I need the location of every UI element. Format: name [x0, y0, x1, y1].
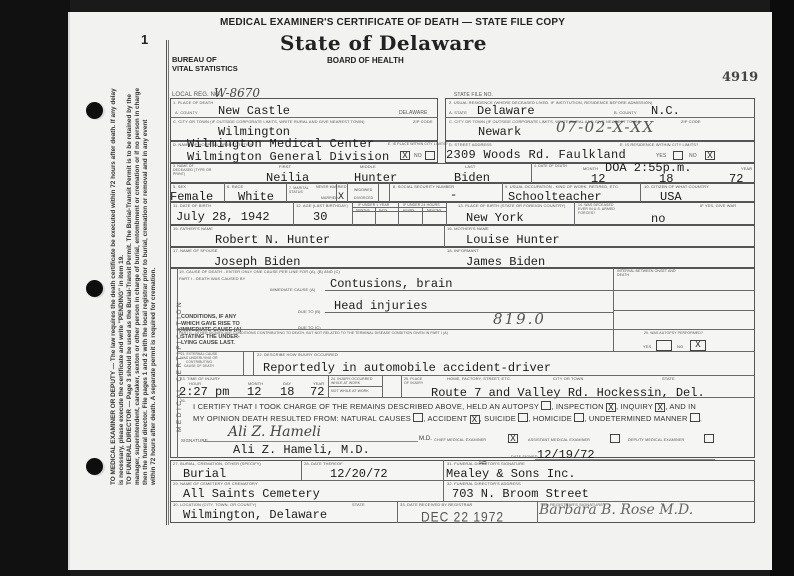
burial-date: 12/20/72	[330, 467, 388, 481]
death-within-city-no-checkbox[interactable]	[425, 151, 435, 160]
certify-statement: I CERTIFY THAT I TOOK CHARGE OF THE REMA…	[193, 400, 696, 411]
received-stamp: DEC 22 1972	[421, 509, 504, 525]
natural-causes-checkbox[interactable]	[413, 413, 423, 422]
residence-city: Newark	[478, 125, 521, 139]
immediate-cause: Contusions, brain	[330, 277, 452, 291]
inquiry-checkbox[interactable]: X	[655, 403, 665, 412]
punch-hole-icon	[86, 280, 103, 297]
informant-name: James Biden	[466, 255, 545, 269]
assistant-examiner-checkbox[interactable]	[610, 434, 620, 443]
funeral-home: Mealey & Sons Inc.	[446, 467, 576, 481]
hospital-division: Wilmington General Division	[187, 150, 390, 164]
cemetery: All Saints Cemetery	[183, 487, 320, 501]
homicide-checkbox[interactable]	[574, 413, 584, 422]
accident-checkbox[interactable]: X	[470, 415, 480, 424]
autopsy-yes-checkbox[interactable]	[656, 340, 672, 351]
death-county: New Castle	[218, 104, 290, 118]
state-file-number: 4919	[722, 70, 758, 85]
age: 30	[313, 210, 327, 224]
burial-location: Wilmington, Delaware	[183, 508, 327, 522]
residence-street: 2309 Woods Rd. Faulkland	[446, 148, 626, 162]
bureau-label: BUREAU OF VITAL STATISTICS	[172, 55, 238, 73]
date-of-birth: July 28, 1942	[176, 210, 270, 224]
residence-county: N.C.	[651, 104, 680, 118]
deputy-examiner-checkbox[interactable]	[704, 434, 714, 443]
chief-examiner-checkbox[interactable]: X	[508, 434, 518, 443]
father-name: Robert N. Hunter	[215, 233, 330, 247]
hospital-name: Wilmington Medical Center	[187, 137, 375, 151]
state-title: State of Delaware	[280, 31, 487, 55]
form-left-border	[168, 40, 169, 525]
undetermined-checkbox[interactable]	[690, 413, 700, 422]
form-left-border	[166, 40, 167, 525]
handwritten-code: 07-02-X-XX	[556, 118, 655, 136]
manner-of-death: MY OPINION DEATH RESULTED FROM: NATURAL …	[193, 412, 702, 423]
residence-within-city-no-checkbox[interactable]: X	[705, 151, 715, 160]
burial-type: Burial	[183, 467, 226, 481]
residence-within-city-yes-checkbox[interactable]	[673, 151, 683, 160]
punch-hole-icon	[86, 458, 103, 475]
funeral-address: 703 N. Broom Street	[452, 487, 589, 501]
death-within-city-yes-checkbox[interactable]: X	[400, 151, 410, 160]
armed-forces: no	[651, 212, 665, 226]
residence-state: Delaware	[477, 104, 535, 118]
registrar-signature: Barbara B. Rose M.D.	[539, 502, 693, 518]
autopsy-no-checkbox[interactable]: X	[690, 340, 706, 351]
board-of-health: BOARD OF HEALTH	[327, 56, 404, 65]
due-to-b: Head injuries	[334, 299, 428, 313]
injury-description: Reportedly in automobile accident-driver	[263, 361, 551, 375]
scan-background-left	[0, 0, 70, 576]
death-note: DOA 2:55p.m.	[605, 161, 691, 175]
scan-background-right	[770, 0, 794, 576]
page-number: 1	[141, 32, 148, 47]
form-title: MEDICAL EXAMINER'S CERTIFICATE OF DEATH …	[220, 17, 565, 28]
birthplace: New York	[466, 211, 524, 225]
suicide-checkbox[interactable]	[518, 413, 528, 422]
inspection-checkbox[interactable]: X	[606, 403, 616, 412]
examiner-signature: Ali Z. Hameli	[228, 424, 321, 440]
mother-name: Louise Hunter	[466, 233, 560, 247]
spouse-name: Joseph Biden	[214, 255, 300, 269]
ssn: -	[450, 188, 457, 202]
autopsy-checkbox[interactable]	[541, 401, 551, 410]
examiner-name: Ali Z. Hameli, M.D.	[233, 443, 370, 457]
cause-code: 819.0	[493, 310, 546, 328]
punch-hole-icon	[86, 102, 103, 119]
